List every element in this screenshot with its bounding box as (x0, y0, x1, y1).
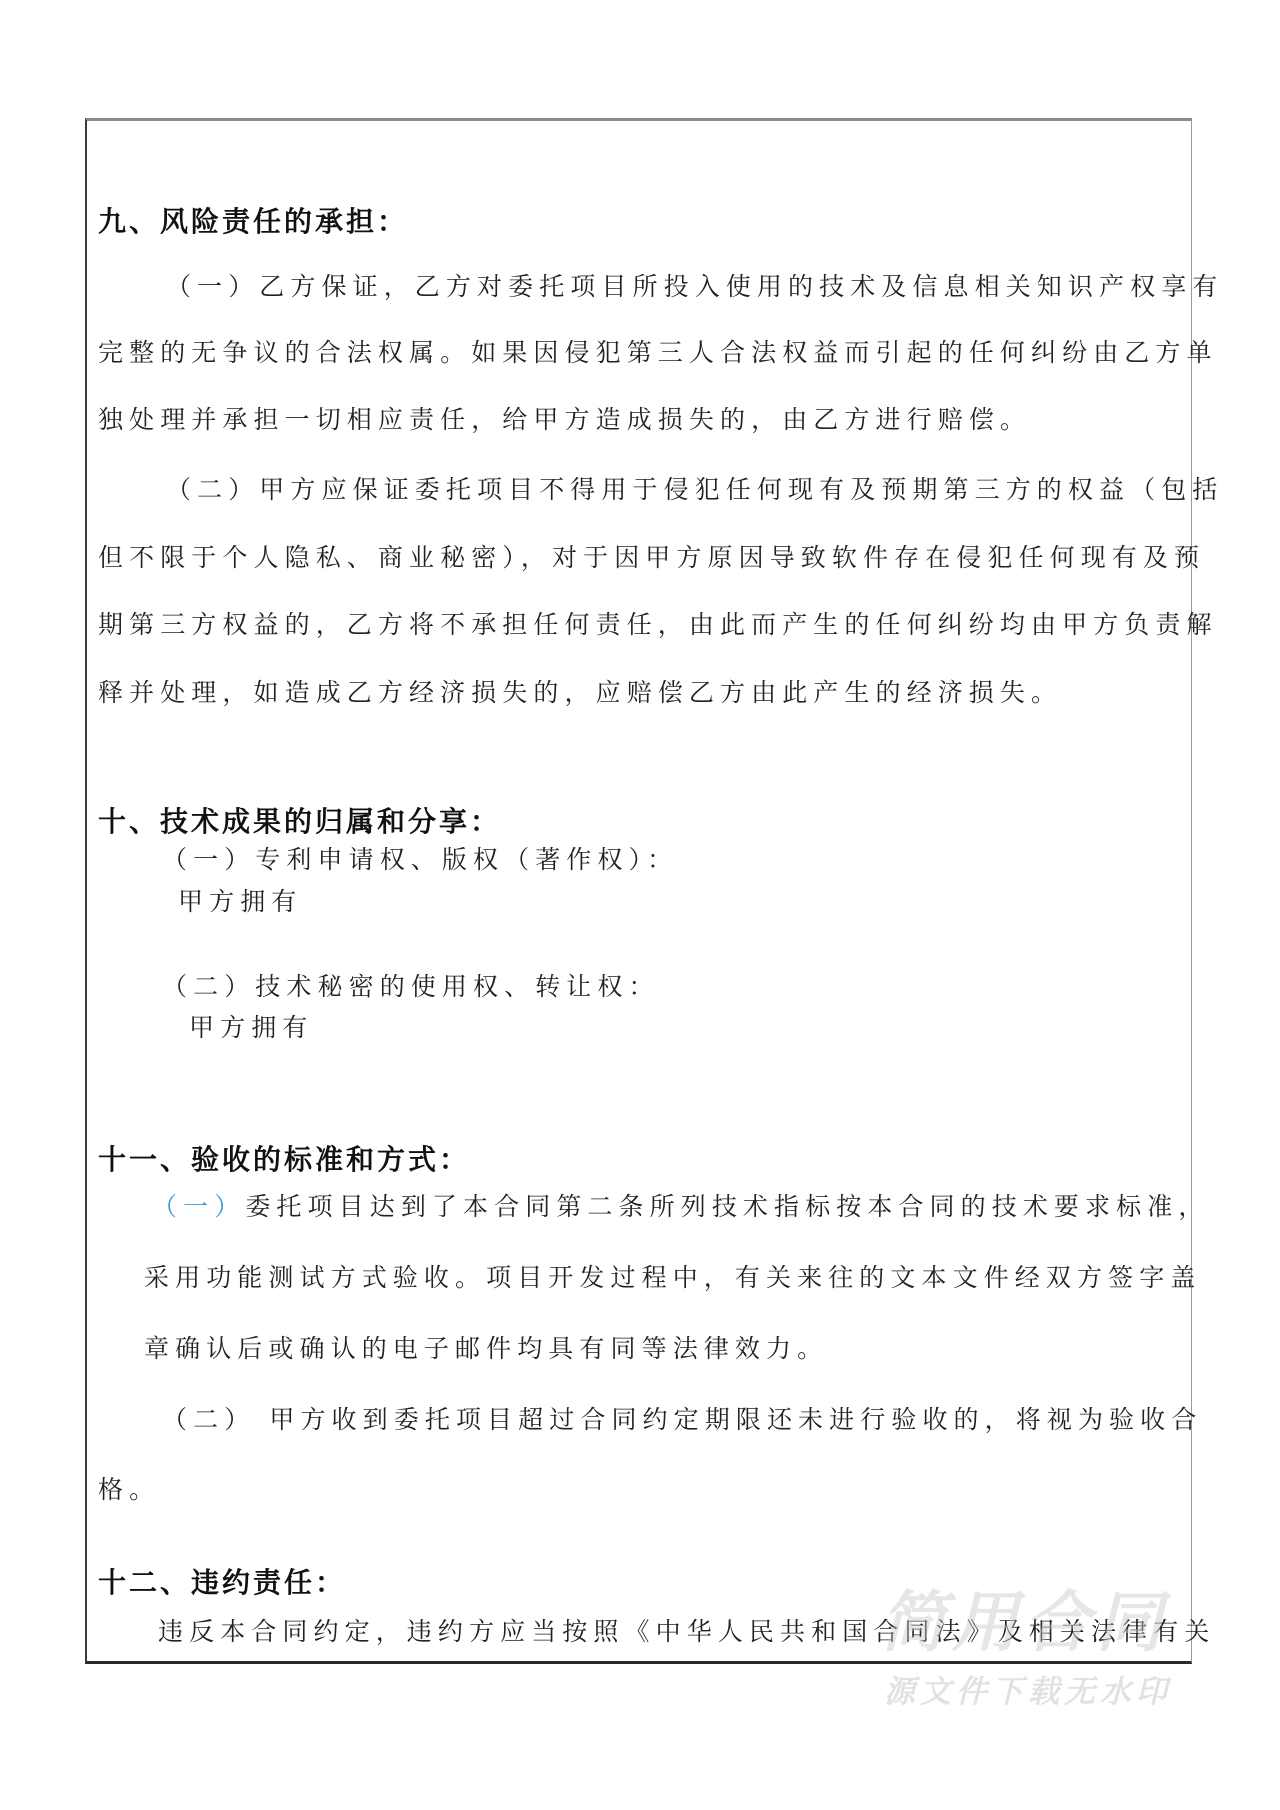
section-heading-10: 十、技术成果的归属和分享： (98, 805, 501, 839)
paragraph-line: （一）委托项目达到了本合同第二条所列技术指标按本合同的技术要求标准， (152, 1190, 1209, 1224)
paragraph-line: 采用功能测试方式验收。项目开发过程中，有关来往的文本文件经双方签字盖 (144, 1261, 1201, 1295)
paragraph-line: （二） 甲方收到委托项目超过合同约定期限还未进行验收的，将视为验收合 (162, 1403, 1202, 1437)
paragraph-line: 期第三方权益的，乙方将不承担任何责任，由此而产生的任何纠纷均由甲方负责解 (98, 608, 1218, 642)
paragraph-line: 但不限于个人隐私、商业秘密），对于因甲方原因导致软件存在侵犯任何现有及预 (98, 541, 1205, 575)
paragraph-line: （一）乙方保证，乙方对委托项目所投入使用的技术及信息相关知识产权享有 (166, 270, 1223, 304)
sub-item-title: （二）技术秘密的使用权、转让权： (162, 970, 660, 1004)
sub-item-title: （一）专利申请权、版权（著作权）： (162, 843, 678, 877)
sub-item-value: 甲方拥有 (178, 885, 302, 919)
sub-item-value: 甲方拥有 (189, 1011, 313, 1045)
paragraph-line: 完整的无争议的合法权属。如果因侵犯第三人合法权益而引起的任何纠纷由乙方单 (98, 336, 1218, 370)
paragraph-line: （二）甲方应保证委托项目不得用于侵犯任何现有及预期第三方的权益（包括 (166, 473, 1223, 507)
paragraph-line: 独处理并承担一切相应责任，给甲方造成损失的，由乙方进行赔偿。 (98, 403, 1031, 437)
section-heading-12: 十二、违约责任： (98, 1566, 346, 1600)
paragraph-text: 委托项目达到了本合同第二条所列技术指标按本合同的技术要求标准， (245, 1192, 1209, 1221)
section-heading-11: 十一、验收的标准和方式： (98, 1143, 470, 1177)
paragraph-line: 释并处理，如造成乙方经济损失的，应赔偿乙方由此产生的经济损失。 (98, 676, 1062, 710)
paragraph-line: 章确认后或确认的电子邮件均具有同等法律效力。 (144, 1332, 828, 1366)
watermark-tagline: 源文件下载无水印 (884, 1674, 1172, 1710)
item-marker: （一） (152, 1192, 245, 1221)
paragraph-line: 格。 (98, 1473, 160, 1507)
watermark-brand: 简用合同 (880, 1588, 1168, 1658)
section-heading-9: 九、风险责任的承担： (98, 205, 408, 239)
